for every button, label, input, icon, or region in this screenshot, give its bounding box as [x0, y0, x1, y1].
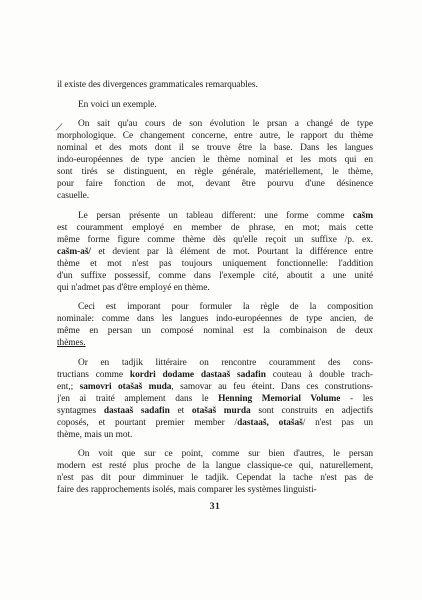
text-run: est couramment employé en member de phra… [57, 223, 373, 233]
page-text: il existe des divergences grammaticales … [57, 79, 373, 504]
text-line: même forme figure comme thème dès qu'ell… [57, 234, 373, 246]
text-line: thème, mais un mot. [57, 429, 373, 441]
text-line: coposés, et pourtant premier member /das… [57, 417, 373, 429]
text-run: En voici un exemple. [78, 100, 157, 110]
text-run: Or en tadjik littéraire on rencontre cou… [78, 358, 373, 368]
page-number: 31 [57, 501, 373, 512]
text-run: modern est resté plus proche de la langu… [57, 461, 373, 471]
paragraph: Or en tadjik littéraire on rencontre cou… [57, 357, 373, 441]
paragraph: On voit que sur ce point, comme sur bien… [57, 448, 373, 496]
text-run: indo-européennes de type ancien le thème… [57, 155, 373, 165]
text-line: On voit que sur ce point, comme sur bien… [57, 448, 373, 460]
text-run: d'un suffixe possessif, comme dans l'exe… [57, 271, 373, 281]
text-line: cašm-aš/ et devient par là élément de mo… [57, 246, 373, 258]
text-line: qui n'admet pas d'être employé en thème. [57, 282, 373, 294]
text-run: - les [340, 394, 373, 404]
text-run: n'est pas dit pour dimminuer le tadjik. … [57, 473, 373, 483]
underlined-term: thèmes. [57, 338, 86, 348]
text-run: et devient par là élément de mot. Pourta… [91, 247, 373, 257]
text-line: d'un suffixe possessif, comme dans l'exe… [57, 270, 373, 282]
text-run: faire des rapprochements isolés, mais co… [57, 485, 317, 495]
text-run: ent,; [57, 382, 80, 392]
text-line: thème et mot n'est pas toujours uniqueme… [57, 258, 373, 270]
text-line: même en persan un composé nominal est la… [57, 325, 373, 337]
text-line: faire des rapprochements isolés, mais co… [57, 484, 373, 496]
text-run: nominale: comme dans les langues indo-eu… [57, 314, 373, 324]
bold-term: dastaaš sadafin [104, 406, 170, 416]
text-line: En voici un exemple. [57, 99, 373, 111]
text-line: pour faire fonction de mot, devant être … [57, 178, 373, 190]
text-line: Ceci est imporant pour formuler la règle… [57, 301, 373, 313]
text-run: Ceci est imporant pour formuler la règle… [78, 302, 373, 312]
text-run: On sait qu'au cours de son évolution le … [78, 119, 373, 129]
text-line: indo-européennes de type ancien le thème… [57, 154, 373, 166]
text-line: j'en ai traité amplement dans le Henning… [57, 393, 373, 405]
bold-term: cašm-aš/ [57, 247, 91, 257]
text-line: ent,; samovri otašaš muda, samovar au fe… [57, 381, 373, 393]
text-run: Le persan présente un tableau different:… [78, 211, 353, 221]
text-run: couteau à double trach- [266, 370, 373, 380]
paragraph: il existe des divergences grammaticales … [57, 79, 373, 91]
text-line: nominale: comme dans les langues indo-eu… [57, 313, 373, 325]
text-line: morphologique. Ce changement concerne, e… [57, 130, 373, 142]
text-run: et [170, 406, 192, 416]
text-line: n'est pas dit pour dimminuer le tadjik. … [57, 472, 373, 484]
text-line: syntagmes dastaaš sadafin et otašaš murd… [57, 405, 373, 417]
paragraph: En voici un exemple. [57, 99, 373, 111]
bold-term: Henning Memorial Volume [218, 394, 340, 404]
text-run: il existe des divergences grammaticales … [57, 80, 258, 90]
text-line: Or en tadjik littéraire on rencontre cou… [57, 357, 373, 369]
bold-term: cašm [353, 211, 373, 221]
text-run: syntagmes [57, 406, 104, 416]
text-run: , samovar au feu éteint. Dans ces constr… [171, 382, 373, 392]
text-run: pour faire fonction de mot, devant être … [57, 179, 373, 189]
bold-term: dastaaš, otašaš [237, 418, 303, 428]
text-run: thème, mais un mot. [57, 430, 132, 440]
text-line: sont tirés se distinguent, en règle géné… [57, 166, 373, 178]
text-run: On voit que sur ce point, comme sur bien… [78, 449, 373, 459]
text-line: thèmes. [57, 337, 373, 349]
text-line: On sait qu'au cours de son évolution le … [57, 118, 373, 130]
text-run: sont tirés se distinguent, en règle géné… [57, 167, 373, 177]
text-line: est couramment employé en member de phra… [57, 222, 373, 234]
text-line: casuelle. [57, 190, 373, 202]
scanned-book-page: / il existe des divergences grammaticale… [0, 0, 422, 600]
text-run: même forme figure comme thème dès qu'ell… [57, 235, 373, 245]
paragraph: Le persan présente un tableau different:… [57, 210, 373, 294]
text-line: Le persan présente un tableau different:… [57, 210, 373, 222]
text-run: même en persan un composé nominal est la… [57, 326, 373, 336]
text-run: j'en ai traité amplement dans le [57, 394, 218, 404]
text-run: thème et mot n'est pas toujours uniqueme… [57, 259, 373, 269]
text-run: casuelle. [57, 191, 89, 201]
text-line: nominal et des mots dont il se trouve êt… [57, 142, 373, 154]
text-run: sont construits en adjectifs [251, 406, 373, 416]
text-run: tructians comme [57, 370, 130, 380]
bold-term: kordri dodame dastaaš sadafin [130, 370, 266, 380]
text-run: nominal et des mots dont il se trouve êt… [57, 143, 373, 153]
bold-term: otašaš murda [192, 406, 251, 416]
bold-term: samovri otašaš muda [80, 382, 172, 392]
text-run: morphologique. Ce changement concerne, e… [57, 131, 373, 141]
paragraph: On sait qu'au cours de son évolution le … [57, 118, 373, 202]
text-run: qui n'admet pas d'être employé en thème. [57, 283, 210, 293]
text-run: / n'est pas un [303, 418, 373, 428]
text-run: coposés, et pourtant premier member / [57, 418, 237, 428]
text-line: il existe des divergences grammaticales … [57, 79, 373, 91]
text-line: modern est resté plus proche de la langu… [57, 460, 373, 472]
text-line: tructians comme kordri dodame dastaaš sa… [57, 369, 373, 381]
paragraph: Ceci est imporant pour formuler la règle… [57, 301, 373, 349]
